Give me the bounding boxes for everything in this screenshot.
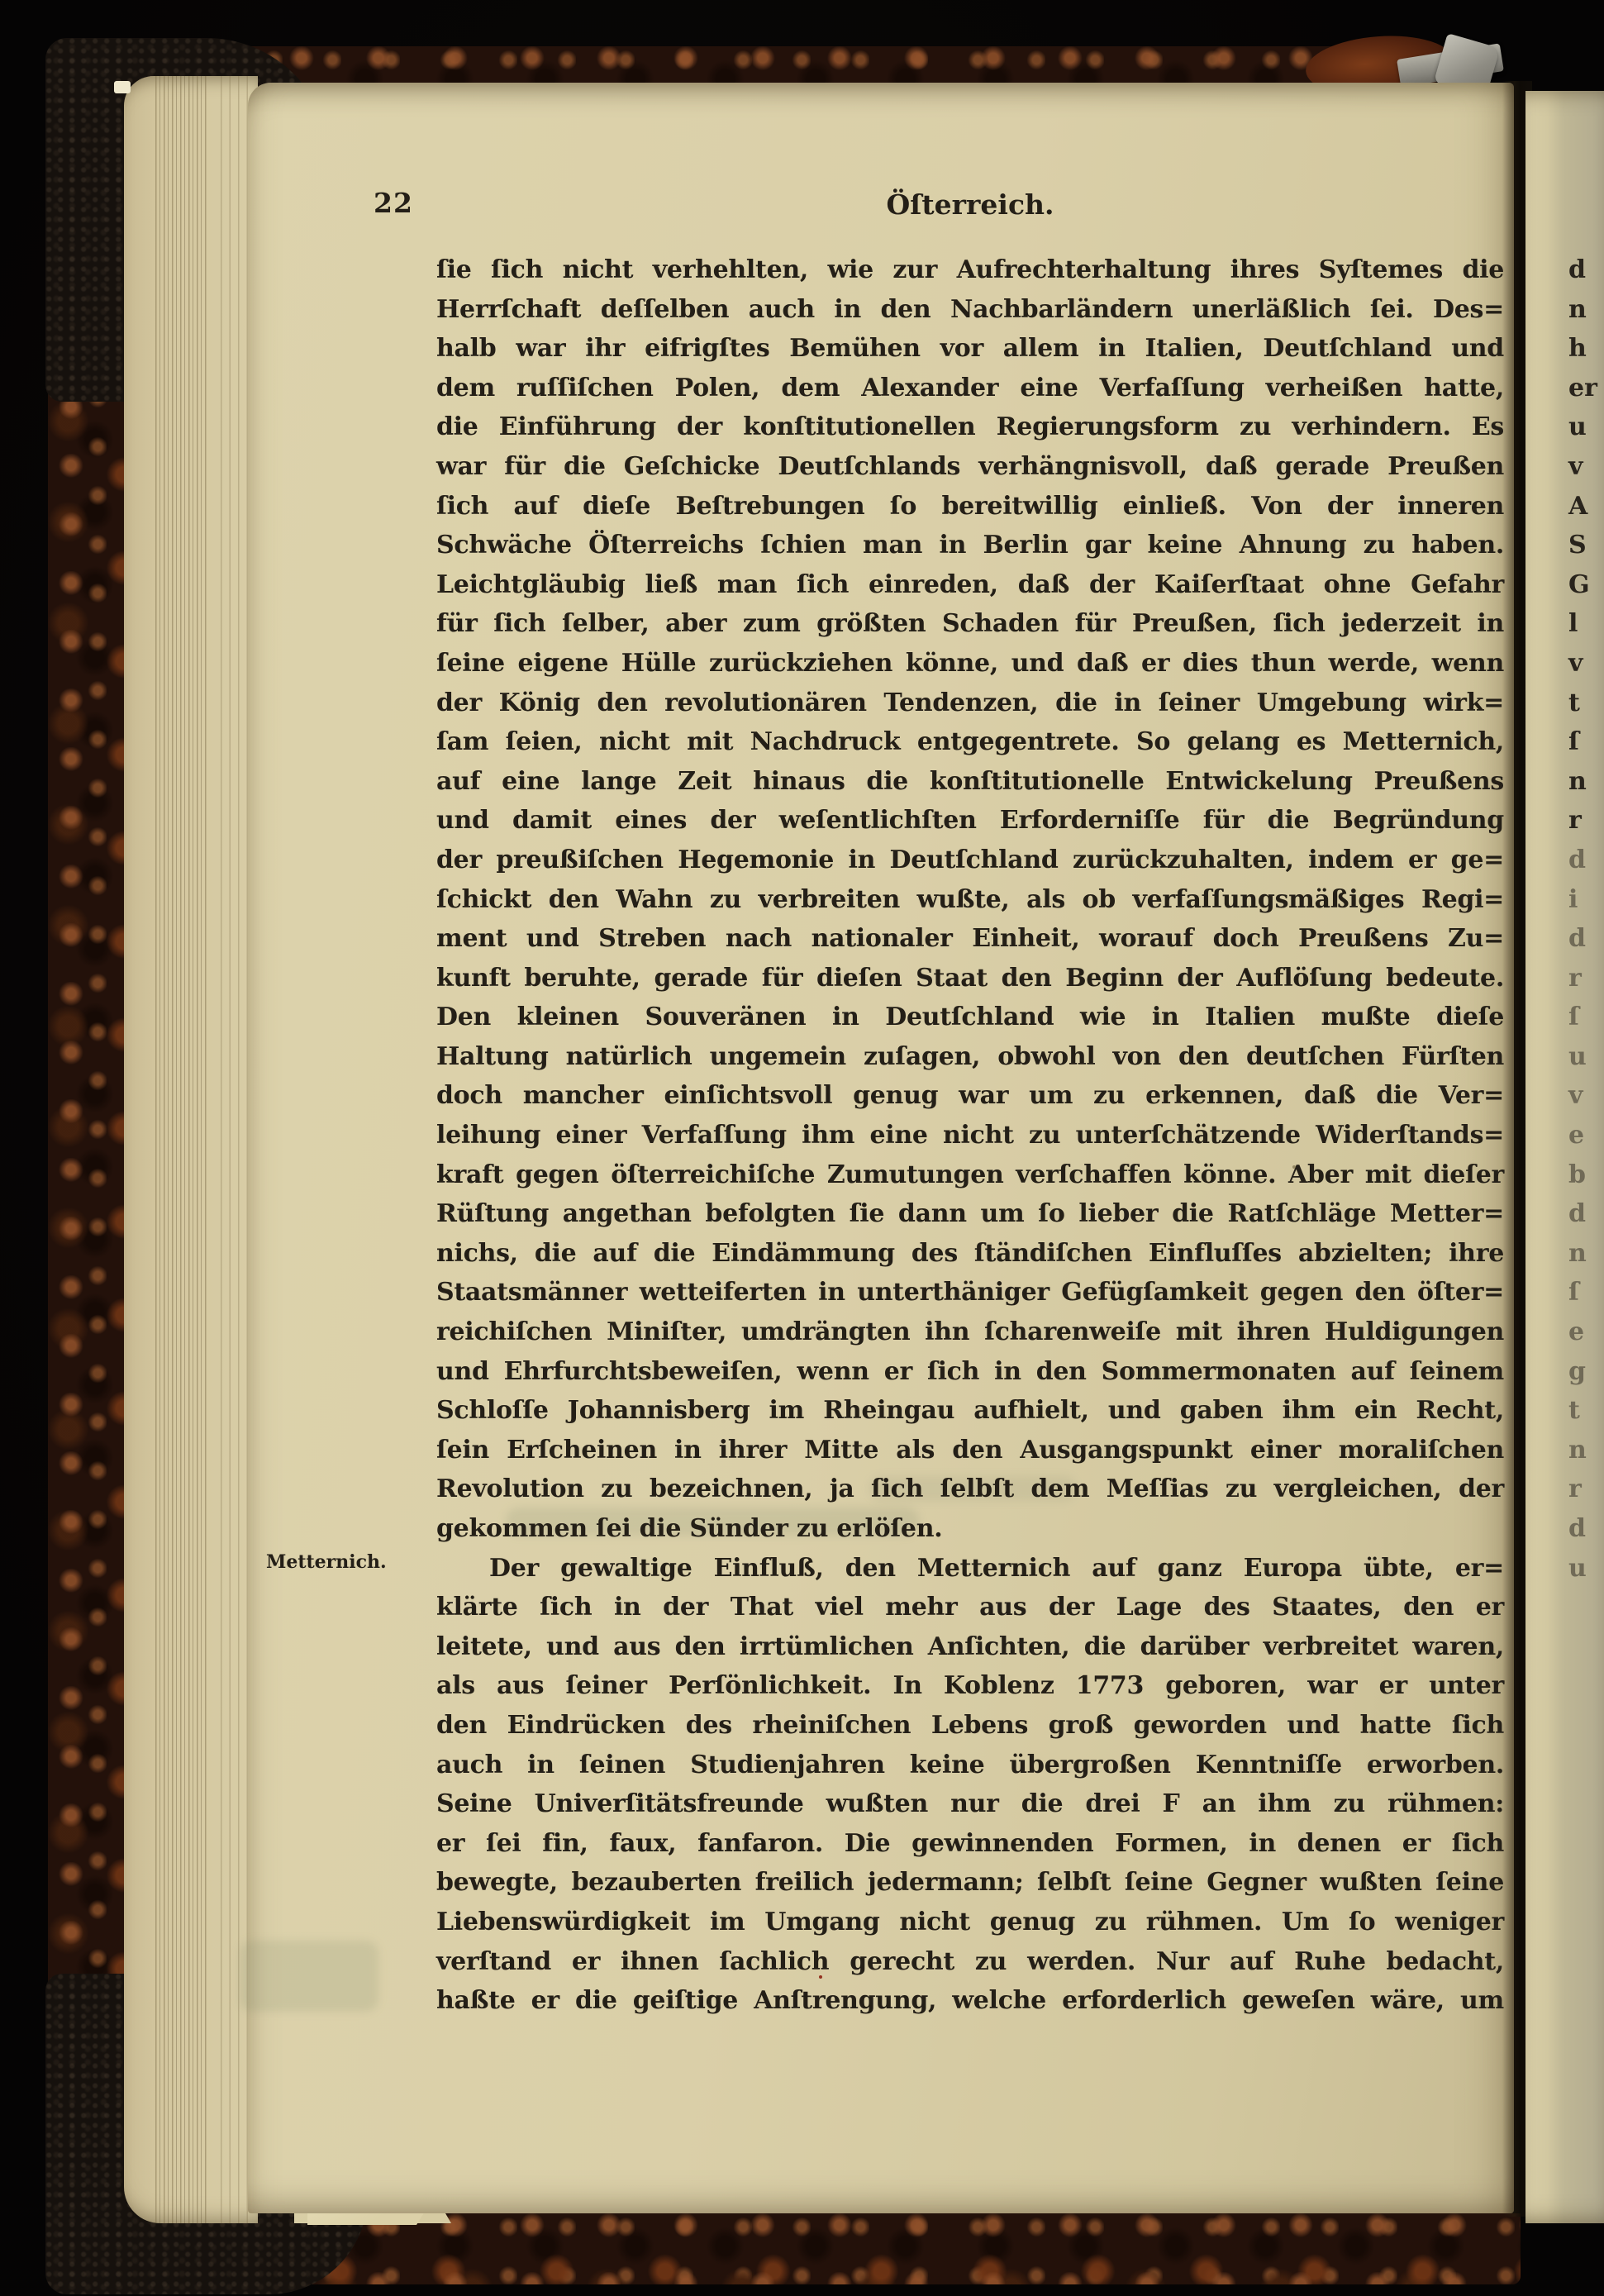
paper-speck [819, 1975, 822, 1979]
page-edge-stack [124, 76, 258, 2223]
text-line: halb war ihr eifrigſtes Bemühen vor alle… [436, 329, 1504, 369]
text-fragment: u [1568, 1037, 1604, 1077]
text-fragment: r [1568, 801, 1604, 841]
text-fragment: r [1568, 1470, 1604, 1509]
text-line: Den kleinen Souveränen in Deutſchland wi… [436, 998, 1504, 1037]
text-fragment: v [1568, 447, 1604, 487]
text-line: der preußiſchen Hegemonie in Deutſchland… [436, 841, 1504, 880]
ink-bleed-through [240, 1941, 378, 2012]
book-scan: 22 Öſterreich. Metternich. ſie ſich nich… [0, 0, 1604, 2296]
text-fragment: ſ [1568, 1273, 1604, 1312]
text-line: ſchickt den Wahn zu verbreiten wußte, al… [436, 880, 1504, 920]
text-fragment: e [1568, 1312, 1604, 1352]
body-text: ſie ſich nicht verhehlten, wie zur Aufre… [436, 250, 1504, 2021]
text-line: bewegte, bezauberten freilich jedermann;… [436, 1863, 1504, 1903]
text-fragment: G [1568, 565, 1604, 605]
text-line: Seine Univerſitätsfreunde wußten nur die… [436, 1784, 1504, 1824]
text-line: doch mancher einſichtsvoll genug war um … [436, 1076, 1504, 1116]
text-fragment: n [1568, 1431, 1604, 1470]
text-fragment: S [1568, 526, 1604, 565]
text-fragment: d [1568, 841, 1604, 880]
opposite-page-sliver: dnheruvASGlvtſnrdidrſuvebdnſegtnrdu [1525, 91, 1604, 2223]
text-fragment: l [1568, 604, 1604, 644]
text-fragment: b [1568, 1155, 1604, 1195]
text-line: ſein Erſcheinen in ihrer Mitte als den A… [436, 1431, 1504, 1470]
text-line: Rüſtung angethan befolgten ſie dann um ſ… [436, 1194, 1504, 1234]
text-fragment: h [1568, 329, 1604, 369]
text-line: der König den revolutionären Tendenzen, … [436, 684, 1504, 723]
text-line: leitete, und aus den irrtümlichen Anſich… [436, 1627, 1504, 1667]
text-line: Schloſſe Johannisberg im Rheingau aufhie… [436, 1391, 1504, 1431]
text-fragment: er [1568, 369, 1604, 408]
text-line: als aus ſeiner Perſönlichkeit. In Koblen… [436, 1666, 1504, 1706]
running-header: Öſterreich. [436, 188, 1504, 222]
text-line: Haltung natürlich ungemein zuſagen, obwo… [436, 1037, 1504, 1077]
text-fragment: u [1568, 407, 1604, 447]
page-number: 22 [374, 187, 413, 220]
text-line: Liebenswürdigkeit im Umgang nicht genug … [436, 1903, 1504, 1942]
text-fragment: r [1568, 959, 1604, 998]
text-fragment: d [1568, 1509, 1604, 1549]
text-line: haßte er die geiſtige Anſtrengung, welch… [436, 1981, 1504, 2021]
paper-speck [578, 664, 583, 668]
text-line: für ſich ſelber, aber zum größten Schade… [436, 604, 1504, 644]
text-line: kraft gegen öſterreichiſche Zumutungen v… [436, 1155, 1504, 1195]
text-fragment: n [1568, 290, 1604, 330]
text-line: Leichtgläubig ließ man ſich einreden, da… [436, 565, 1504, 605]
text-fragment: t [1568, 684, 1604, 723]
text-fragment: ſ [1568, 722, 1604, 762]
text-fragment: u [1568, 1549, 1604, 1589]
text-line: klärte ſich in der That viel mehr aus de… [436, 1588, 1504, 1627]
text-line: Staatsmänner wetteiferten in unterthänig… [436, 1273, 1504, 1312]
text-fragment: g [1568, 1352, 1604, 1392]
opposite-page-text-fragments: dnheruvASGlvtſnrdidrſuvebdnſegtnrdu [1568, 250, 1604, 1588]
margin-note: Metternich. [266, 1551, 387, 1574]
text-fragment: e [1568, 1116, 1604, 1155]
text-fragment: d [1568, 1194, 1604, 1234]
text-line: Schwäche Öſterreichs ſchien man in Berli… [436, 526, 1504, 565]
text-line: er ſei fin, faux, fanfaron. Die gewinnen… [436, 1824, 1504, 1864]
text-line: dem ruſſiſchen Polen, dem Alexander eine… [436, 369, 1504, 408]
paper-speck [1292, 1165, 1296, 1169]
text-fragment: n [1568, 762, 1604, 802]
text-fragment: v [1568, 644, 1604, 684]
text-line: Revolution zu bezeichnen, ja ſich ſelbſt… [436, 1470, 1504, 1509]
text-line: gekommen ſei die Sünder zu erlöſen. [436, 1509, 1504, 1549]
text-line: Der gewaltige Einfluß, den Metternich au… [436, 1549, 1504, 1589]
text-line: auf eine lange Zeit hinaus die konſtitut… [436, 762, 1504, 802]
text-fragment: A [1568, 487, 1604, 526]
text-line: ſam ſeien, nicht mit Nachdruck entgegent… [436, 722, 1504, 762]
text-line: und damit eines der weſentlichſten Erfor… [436, 801, 1504, 841]
text-line: Herrſchaft deſſelben auch in den Nachbar… [436, 290, 1504, 330]
paper-chip [114, 81, 131, 93]
text-line: verſtand er ihnen ſachlich gerecht zu we… [436, 1942, 1504, 1982]
text-line: und Ehrfurchtsbeweiſen, wenn er ſich in … [436, 1352, 1504, 1392]
text-line: auch in ſeinen Studienjahren keine überg… [436, 1746, 1504, 1785]
text-fragment: v [1568, 1076, 1604, 1116]
text-fragment: n [1568, 1234, 1604, 1274]
text-line: ment und Streben nach nationaler Einheit… [436, 919, 1504, 959]
text-line: ſich auf dieſe Beſtrebungen ſo bereitwil… [436, 487, 1504, 526]
text-line: nichs, die auf die Eindämmung des ſtändi… [436, 1234, 1504, 1274]
text-line: ſeine eigene Hülle zurückziehen könne, u… [436, 644, 1504, 684]
text-fragment: i [1568, 880, 1604, 920]
text-line: reichiſchen Miniſter, umdrängten ihn ſch… [436, 1312, 1504, 1352]
text-line: die Einführung der konſtitutionellen Reg… [436, 407, 1504, 447]
text-line: ſie ſich nicht verhehlten, wie zur Aufre… [436, 250, 1504, 290]
text-fragment: t [1568, 1391, 1604, 1431]
text-fragment: d [1568, 250, 1604, 290]
text-line: den Eindrücken des rheiniſchen Lebens gr… [436, 1706, 1504, 1746]
text-fragment: d [1568, 919, 1604, 959]
text-line: war für die Geſchicke Deutſchlands verhä… [436, 447, 1504, 487]
text-line: kunft beruhte, gerade für dieſen Staat d… [436, 959, 1504, 998]
text-line: leihung einer Verfaſſung ihm eine nicht … [436, 1116, 1504, 1155]
text-fragment: ſ [1568, 998, 1604, 1037]
